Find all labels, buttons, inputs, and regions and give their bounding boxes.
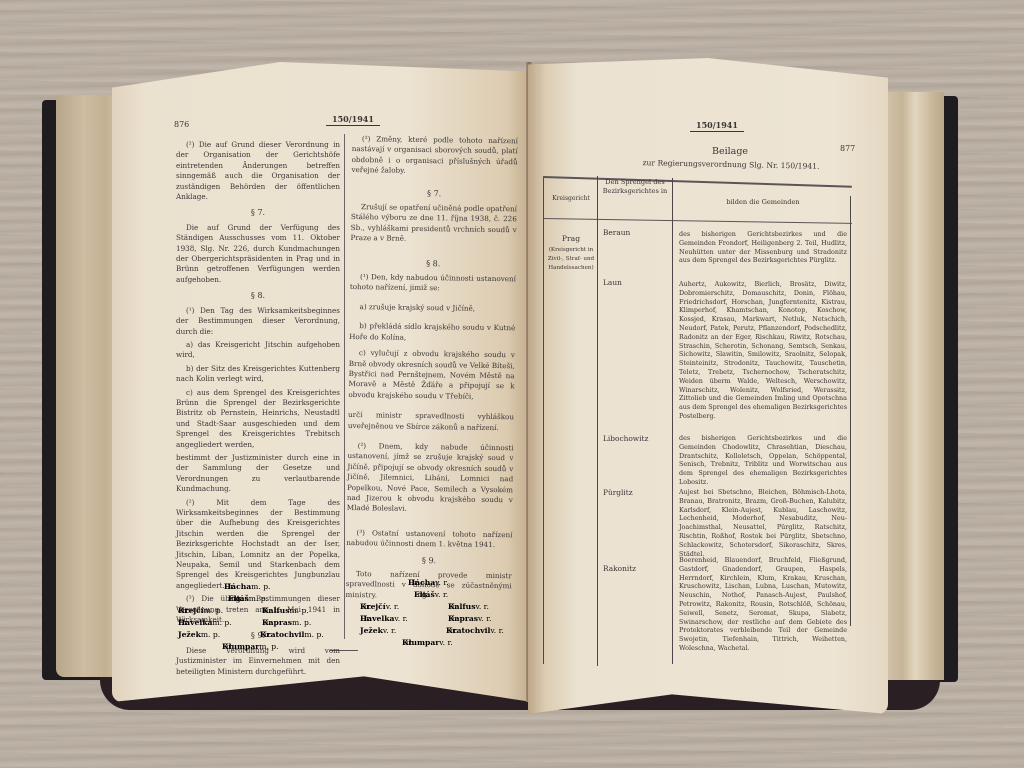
german-s8-a: a) das Kreisgericht Jitschin aufgehoben … — [176, 340, 340, 361]
signature-krejci: Dr. Krejčí v. r. — [360, 602, 386, 611]
table-col-divider-1 — [597, 176, 598, 666]
sig-row: Dr. Klumpar m. p. — [176, 642, 340, 654]
signature-krejci: Dr. Krejčí m. p. — [178, 606, 204, 615]
signature-kratochvil: Dr. Kratochvil m. p. — [260, 630, 304, 639]
gemeinden-beraun: des bisherigen Gerichtsbezirkes und die … — [679, 230, 847, 265]
signature-havelka: Dr. Havelka v. r. — [360, 614, 394, 623]
czech-s8-c: c) vylučují z obvodu krajského soudu v B… — [348, 348, 515, 402]
signature-kratochvil: Dr. Kratochvil v. r. — [446, 626, 490, 635]
table-right-border — [850, 196, 851, 626]
german-s8-tail: bestimmt der Justizminister durch eine i… — [176, 453, 340, 495]
signature-kapras: Dr. Kapras m. p. — [262, 618, 292, 627]
sig-row: Dr. Klumpar v. r. — [356, 638, 522, 650]
signature-hacha: Dr. Hácha v. r. — [408, 578, 435, 587]
signature-jezek: Ježek v. r. — [360, 626, 383, 635]
signature-kalfus: Dr. Kalfus m. p. — [262, 606, 289, 615]
german-s7-title: § 7. — [176, 208, 340, 218]
signature-elias: Ing. Eliáš v. r. — [414, 590, 435, 599]
sig-row: Ing. Eliáš v. r. — [356, 590, 522, 602]
signature-klumpar: Dr. Klumpar m. p. — [222, 642, 259, 651]
column-header-bezirksgericht: Den Sprengel des Bezirksgerichtes in — [600, 178, 670, 196]
right-page-number: 877 — [840, 144, 855, 153]
gemeinden-laun: Auhertz, Aukowitz, Bierlich, Brosätz, Di… — [679, 280, 847, 421]
german-s8-p1: (¹) Den Tag des Wirksamkeitsbeginnes der… — [176, 306, 340, 337]
bezirk-laun: Laun — [603, 278, 622, 288]
czech-column: (²) Změny, které podle tohoto nařízení n… — [345, 134, 518, 605]
czech-intro: (²) Změny, které podle tohoto nařízení n… — [351, 134, 518, 178]
column-divider — [344, 134, 345, 639]
czech-s7-text: Zrušují se opatření učiněná podle opatře… — [350, 202, 517, 246]
signature-havelka: Dr. Havelka m. p. — [178, 618, 212, 627]
sig-row: Dr. Havelka m. p. Dr. Kapras m. p. — [176, 618, 340, 630]
left-page-number: 876 — [174, 120, 189, 129]
german-s7-text: Die auf Grund der Verfügung des Ständige… — [176, 223, 340, 285]
sig-row: Ing. Eliáš m. p. — [176, 594, 340, 606]
sig-row: Ježek m. p. Dr. Kratochvil m. p. — [176, 630, 340, 642]
sig-row: Dr. Hácha v. r. — [356, 578, 522, 590]
table-col-divider-2 — [672, 178, 673, 664]
czech-s8-b: b) překládá sídlo krajského soudu v Kutn… — [349, 321, 515, 344]
german-s8-b: b) der Sitz des Kreisgerichtes Kuttenber… — [176, 364, 340, 385]
signature-elias: Ing. Eliáš m. p. — [228, 594, 249, 603]
column-header-kreisgericht: Kreisgericht — [546, 194, 596, 204]
sig-row: Dr. Hácha m. p. — [176, 582, 340, 594]
bezirk-rakonitz: Rakonitz — [603, 564, 636, 574]
czech-s8-a: a) zrušuje krajský soud v Jičíně, — [350, 302, 516, 315]
signature-hacha: Dr. Hácha m. p. — [224, 582, 251, 591]
signature-klumpar: Dr. Klumpar v. r. — [402, 638, 439, 647]
czech-s8-p1: (¹) Den, kdy nabudou účinnosti ustanoven… — [350, 272, 516, 295]
german-intro: (²) Die auf Grund dieser Verordnung in d… — [176, 140, 340, 202]
signature-kalfus: Dr. Kalfus v. r. — [448, 602, 475, 611]
czech-s9-title: § 9. — [346, 555, 512, 568]
bezirk-beraun: Beraun — [603, 228, 630, 238]
czech-signatures: Dr. Hácha v. r. Ing. Eliáš v. r. Dr. Kre… — [356, 578, 522, 650]
annex-title: Beilage — [640, 146, 820, 157]
sig-row: Dr. Krejčí m. p. Dr. Kalfus m. p. — [176, 606, 340, 618]
sig-row: Ježek v. r. Dr. Kratochvil v. r. — [356, 626, 522, 638]
page-stack-right — [880, 92, 944, 680]
column-header-gemeinden: bilden die Gemeinden — [680, 198, 846, 208]
gemeinden-libochowitz: des bisherigen Gerichtsbezirkes und die … — [679, 434, 847, 487]
sig-row: Dr. Havelka v. r. Dr. Kapras v. r. — [356, 614, 522, 626]
czech-s8-title: § 8. — [350, 258, 516, 271]
kreisgericht-note: (Kreisgericht in Zivil-, Straf- und Hand… — [545, 246, 597, 273]
left-page-header: 150/1941 — [326, 114, 380, 126]
czech-s8-p2: (²) Dnem, kdy nabude účinnosti ustanoven… — [347, 441, 514, 516]
czech-s8-tail: určí ministr spravedlnosti vyhláškou uve… — [348, 410, 514, 433]
bezirk-libochowitz: Libochowitz — [603, 434, 648, 444]
right-page-header: 150/1941 — [690, 120, 744, 132]
czech-s7-title: § 7. — [351, 188, 517, 201]
german-s8-c: c) aus dem Sprengel des Kreisgerichtes B… — [176, 388, 340, 450]
signature-kapras: Dr. Kapras v. r. — [448, 614, 478, 623]
gemeinden-rakonitz: Boerenheid, Blauendorf, Bruchfeld, Fließ… — [679, 556, 847, 653]
czech-s8-p3: (³) Ostatní ustanovení tohoto nařízení n… — [346, 528, 512, 551]
gemeinden-puerglitz: Aujest bei Sbetschno, Bleichen, Böhmisch… — [679, 488, 847, 558]
signature-jezek: Ježek m. p. — [178, 630, 201, 639]
kreisgericht-name: Prag — [546, 234, 596, 244]
german-s8-p2: (²) Mit dem Tage des Wirksamkeitsbeginne… — [176, 498, 340, 592]
bezirk-puerglitz: Pürglitz — [603, 488, 633, 498]
sig-row: Dr. Krejčí v. r. Dr. Kalfus v. r. — [356, 602, 522, 614]
german-signatures: Dr. Hácha m. p. Ing. Eliáš m. p. Dr. Kre… — [176, 582, 340, 654]
german-s8-title: § 8. — [176, 291, 340, 301]
